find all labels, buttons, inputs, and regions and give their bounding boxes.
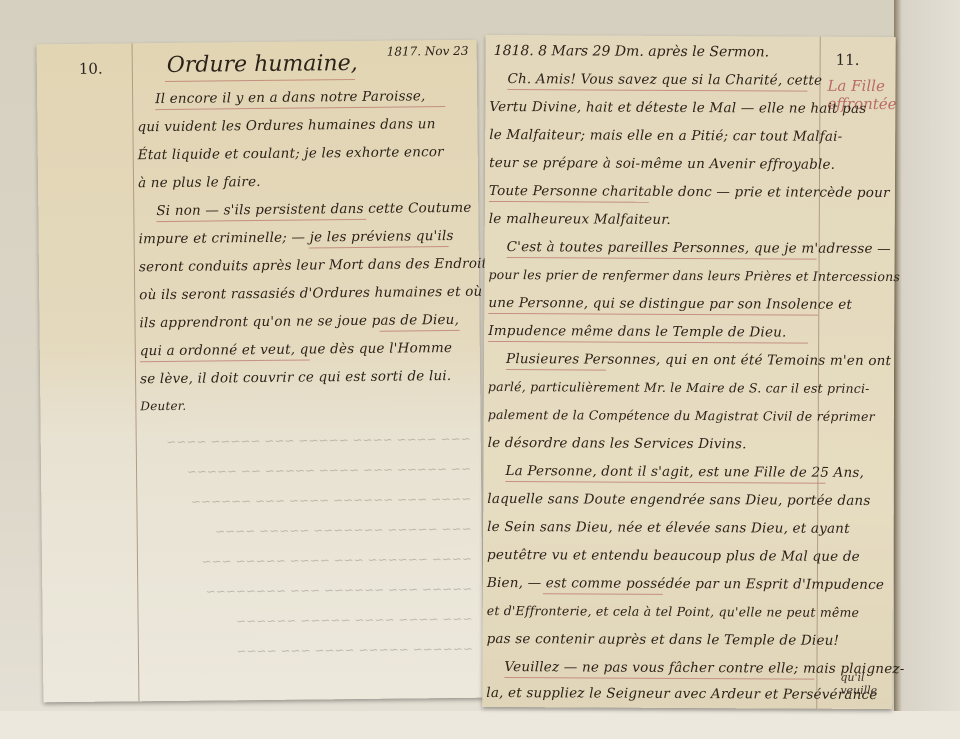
- page-header: 1818. 8 Mars 29 Dm. après le Sermon.: [494, 43, 770, 60]
- catchword: qu'il veuille: [840, 671, 892, 697]
- text-line: parlé, particulièrement Mr. le Maire de …: [488, 379, 870, 396]
- margin-line: [132, 43, 140, 701]
- text-line: Si non — s'ils persistent dans cette Cou…: [156, 200, 471, 219]
- text-line: qui vuident les Ordures humaines dans un: [137, 116, 435, 135]
- underline: [506, 369, 606, 371]
- text-line: pour les prier de renfermer dans leurs P…: [488, 267, 900, 284]
- annotation-line: La Fille: [827, 77, 896, 95]
- bleed-through-text: ~~~ ~~~~ ~~~~ ~~~~~ ~~~ ~~~~~ ~~~~: [141, 432, 471, 447]
- left-page: 10. Ordure humaine, 1817. Nov 23 Il enco…: [37, 40, 484, 703]
- text-line: qui a ordonné et veut, que dès que l'Hom…: [140, 340, 452, 359]
- text-line: le malheureux Malfaiteur.: [489, 211, 671, 228]
- bleed-through-text: ~~~ ~~~~~ ~~~~~~~ ~~~~~ ~~~~: [142, 522, 472, 537]
- text-line: Bien, — est comme possédée par un Esprit…: [487, 575, 884, 593]
- text-line: le Malfaiteur; mais elle en a Pitié; car…: [489, 127, 842, 145]
- underline: [507, 89, 807, 92]
- text-line: peutêtre vu et entendu beaucoup plus de …: [487, 547, 860, 565]
- right-page: 11. 1818. 8 Mars 29 Dm. après le Sermon.…: [482, 35, 896, 709]
- text-line: une Personne, qui se distingue par son I…: [488, 295, 852, 313]
- text-line: Ch. Amis! Vous savez que si la Charité, …: [507, 71, 822, 89]
- text-line: le Sein sans Dieu, née et élevée sans Di…: [487, 519, 850, 537]
- text-line: palement de la Compétence du Magistrat C…: [488, 407, 875, 424]
- text-line: où ils seront rassasiés d'Ordures humain…: [139, 284, 482, 304]
- underline: [140, 359, 310, 362]
- underline: [543, 593, 663, 595]
- text-line: Deuter.: [140, 399, 186, 413]
- mount-board: [894, 0, 960, 739]
- bleed-through-text: ~~~~~~ ~~~~~ ~~~~ ~~~ ~~~~: [143, 642, 473, 657]
- text-line: État liquide et coulant; je les exhorte …: [138, 144, 444, 163]
- bleed-through-text: ~~~ ~~~~ ~~~~ ~~~~~ ~~~~~~: [143, 612, 473, 627]
- bleed-through-text: ~~ ~~~~~ ~~~ ~~~~ ~~~~~ ~~ ~~~~~: [141, 462, 471, 477]
- bleed-through-text: ~~~~ ~~~ ~~~~~~ ~~~~ ~~~ ~~~~~~: [141, 492, 471, 507]
- text-line: La Personne, dont il s'agit, est une Fil…: [505, 463, 864, 481]
- text-line: Toute Personne charitable donc — prie et…: [489, 183, 890, 201]
- page-number: 10.: [79, 60, 103, 78]
- underline: [165, 79, 355, 82]
- text-line: Impudence même dans le Temple de Dieu.: [488, 323, 786, 341]
- underline: [155, 106, 445, 110]
- text-line: se lève, il doit couvrir ce qui est sort…: [140, 368, 451, 387]
- text-line: Plusieures Personnes, qui en ont été Tem…: [506, 351, 891, 369]
- text-line: et d'Effronterie, et cela à tel Point, q…: [487, 603, 859, 620]
- underline: [504, 677, 814, 680]
- text-line: laquelle sans Doute engendrée sans Dieu,…: [487, 491, 870, 509]
- date-note: 1817. Nov 23: [387, 44, 469, 59]
- text-line: impure et criminelle; — je les préviens …: [139, 228, 454, 247]
- text-line: le désordre dans les Services Divins.: [488, 435, 747, 452]
- underline: [505, 481, 825, 484]
- page-title: Ordure humaine,: [167, 51, 358, 78]
- underline: [488, 341, 808, 344]
- text-line: à ne plus le faire.: [138, 174, 261, 191]
- underline: [156, 219, 366, 222]
- text-line: pas se contenir auprès et dans le Temple…: [487, 631, 840, 649]
- text-line: ils apprendront qu'on ne se joue pas de …: [139, 312, 459, 331]
- underline: [309, 246, 449, 248]
- bleed-through-text: ~~~~~ ~~~ ~~~~~~ ~~~ ~~~~~~~~: [142, 582, 472, 597]
- table-surface: [0, 711, 960, 739]
- underline: [489, 201, 649, 203]
- page-number: 11.: [836, 51, 860, 69]
- text-line: teur se prépare à soi-même un Avenir eff…: [489, 155, 835, 173]
- text-line: la, et suppliez le Seigneur avec Ardeur …: [486, 685, 877, 703]
- underline: [488, 313, 818, 316]
- underline: [380, 330, 460, 332]
- bleed-through-text: ~~~~ ~~~~~~ ~~~ ~~~~ ~~~~~ ~~~: [142, 552, 472, 567]
- text-line: Vertu Divine, hait et déteste le Mal — e…: [489, 99, 866, 117]
- underline: [507, 257, 817, 260]
- text-line: seront conduits après leur Mort dans des…: [139, 256, 495, 276]
- text-line: Il encore il y en a dans notre Paroisse,: [155, 88, 426, 107]
- text-line: C'est à toutes pareilles Personnes, que …: [507, 239, 891, 257]
